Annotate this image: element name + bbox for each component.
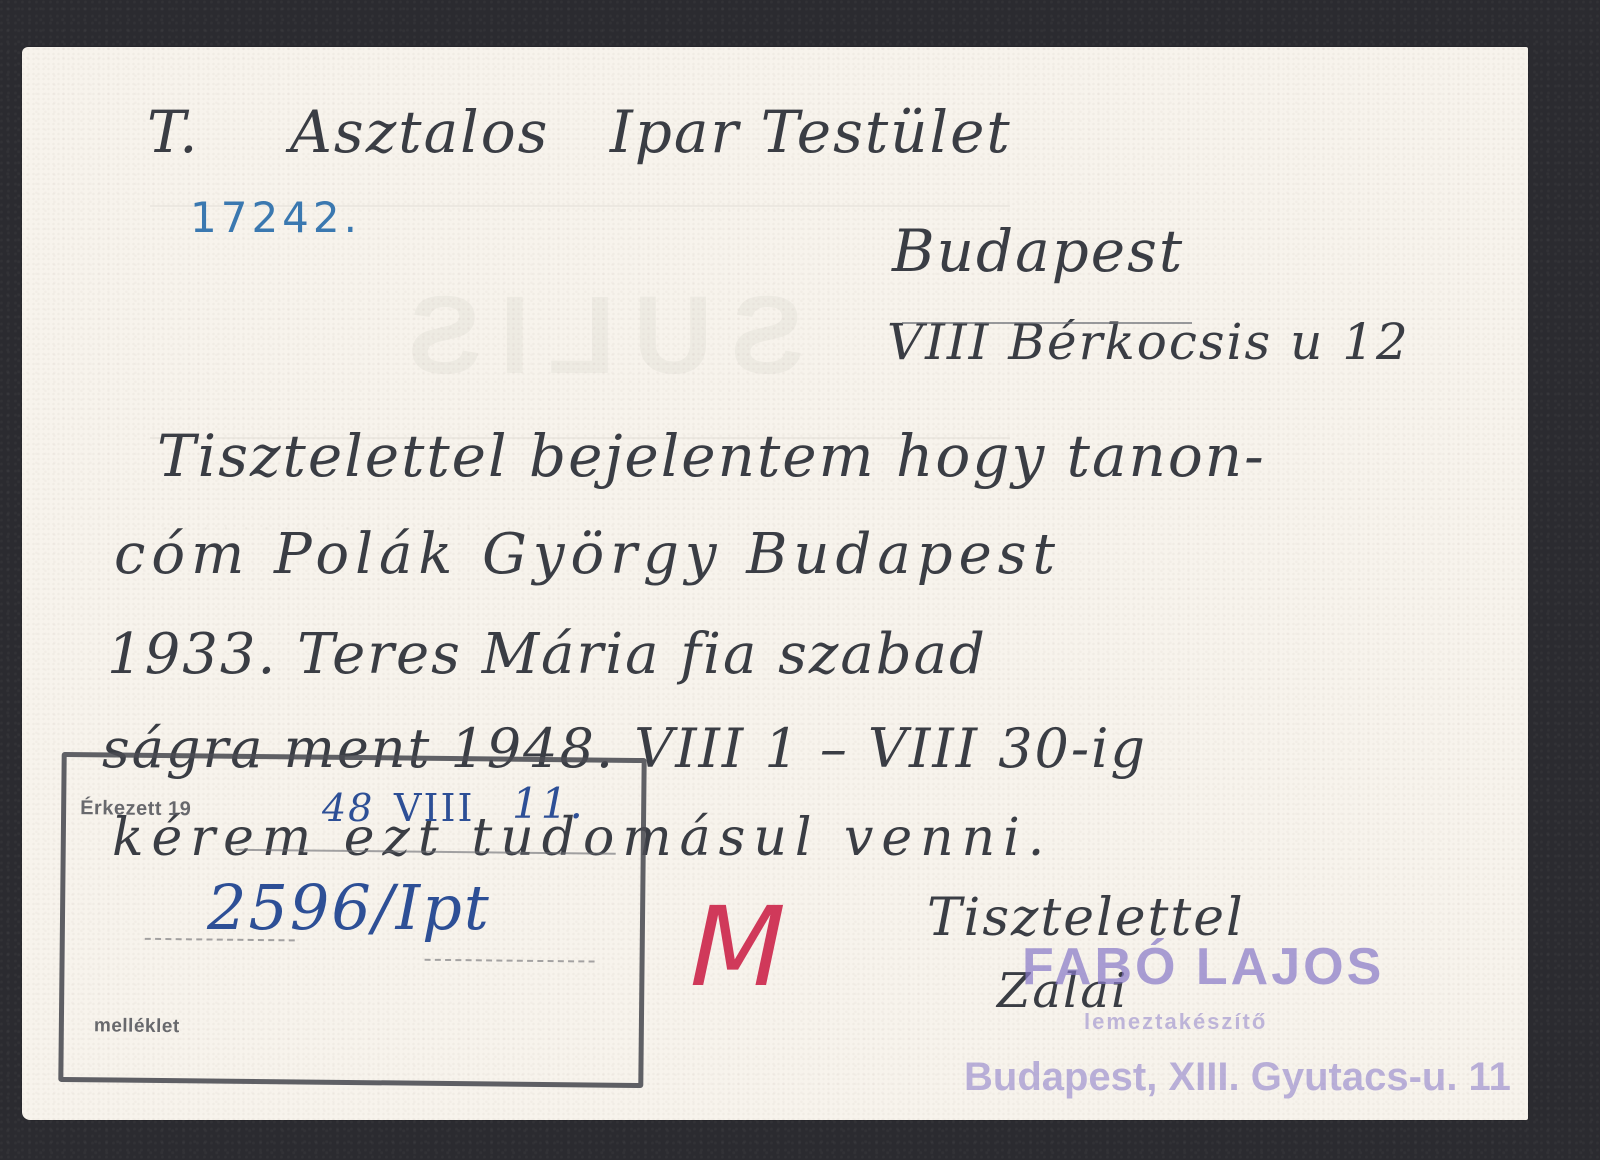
- business-stamp-trade: lemeztakészítő: [1084, 1009, 1267, 1035]
- stamp-attachment-label: melléklet: [94, 1015, 180, 1038]
- stamp-date-year: 48: [322, 789, 374, 827]
- address-prefix: T.: [147, 98, 200, 166]
- stamp-date-day: 11.: [512, 783, 585, 825]
- address-name: Asztalos: [290, 98, 549, 166]
- business-stamp-address: Budapest, XIII. Gyutacs-u. 11: [964, 1055, 1511, 1100]
- red-m-mark: M: [678, 892, 798, 1002]
- business-stamp-name: FABÓ LAJOS: [1022, 937, 1384, 997]
- address-line-1: T. Asztalos Ipar Testület: [147, 103, 1012, 161]
- message-line-1: Tisztelettel bejelentem hogy tanon-: [157, 427, 1266, 485]
- stamp-date-month: VIII: [394, 789, 474, 827]
- message-line-2: cóm Polák György Budapest: [114, 527, 1061, 583]
- address-street: VIII Bérkocsis u 12: [887, 317, 1410, 367]
- filing-number: 2596/Ipt: [207, 877, 491, 939]
- stamp-number-rule-2: [425, 959, 595, 963]
- stamp-received-label: Érkezett 19: [80, 797, 191, 821]
- postcard: SULIS · · · · · · · · · · · · · · · · · …: [22, 47, 1528, 1120]
- message-line-3: 1933. Teres Mária fia szabad: [107, 627, 987, 683]
- address-city: Budapest: [892, 222, 1184, 280]
- show-through-text: SULIS: [390, 272, 804, 399]
- address-underline: [902, 322, 1192, 324]
- stamp-date-rule: [236, 849, 616, 855]
- address-org: Ipar Testület: [610, 98, 1012, 166]
- reference-number: 17242.: [190, 197, 361, 239]
